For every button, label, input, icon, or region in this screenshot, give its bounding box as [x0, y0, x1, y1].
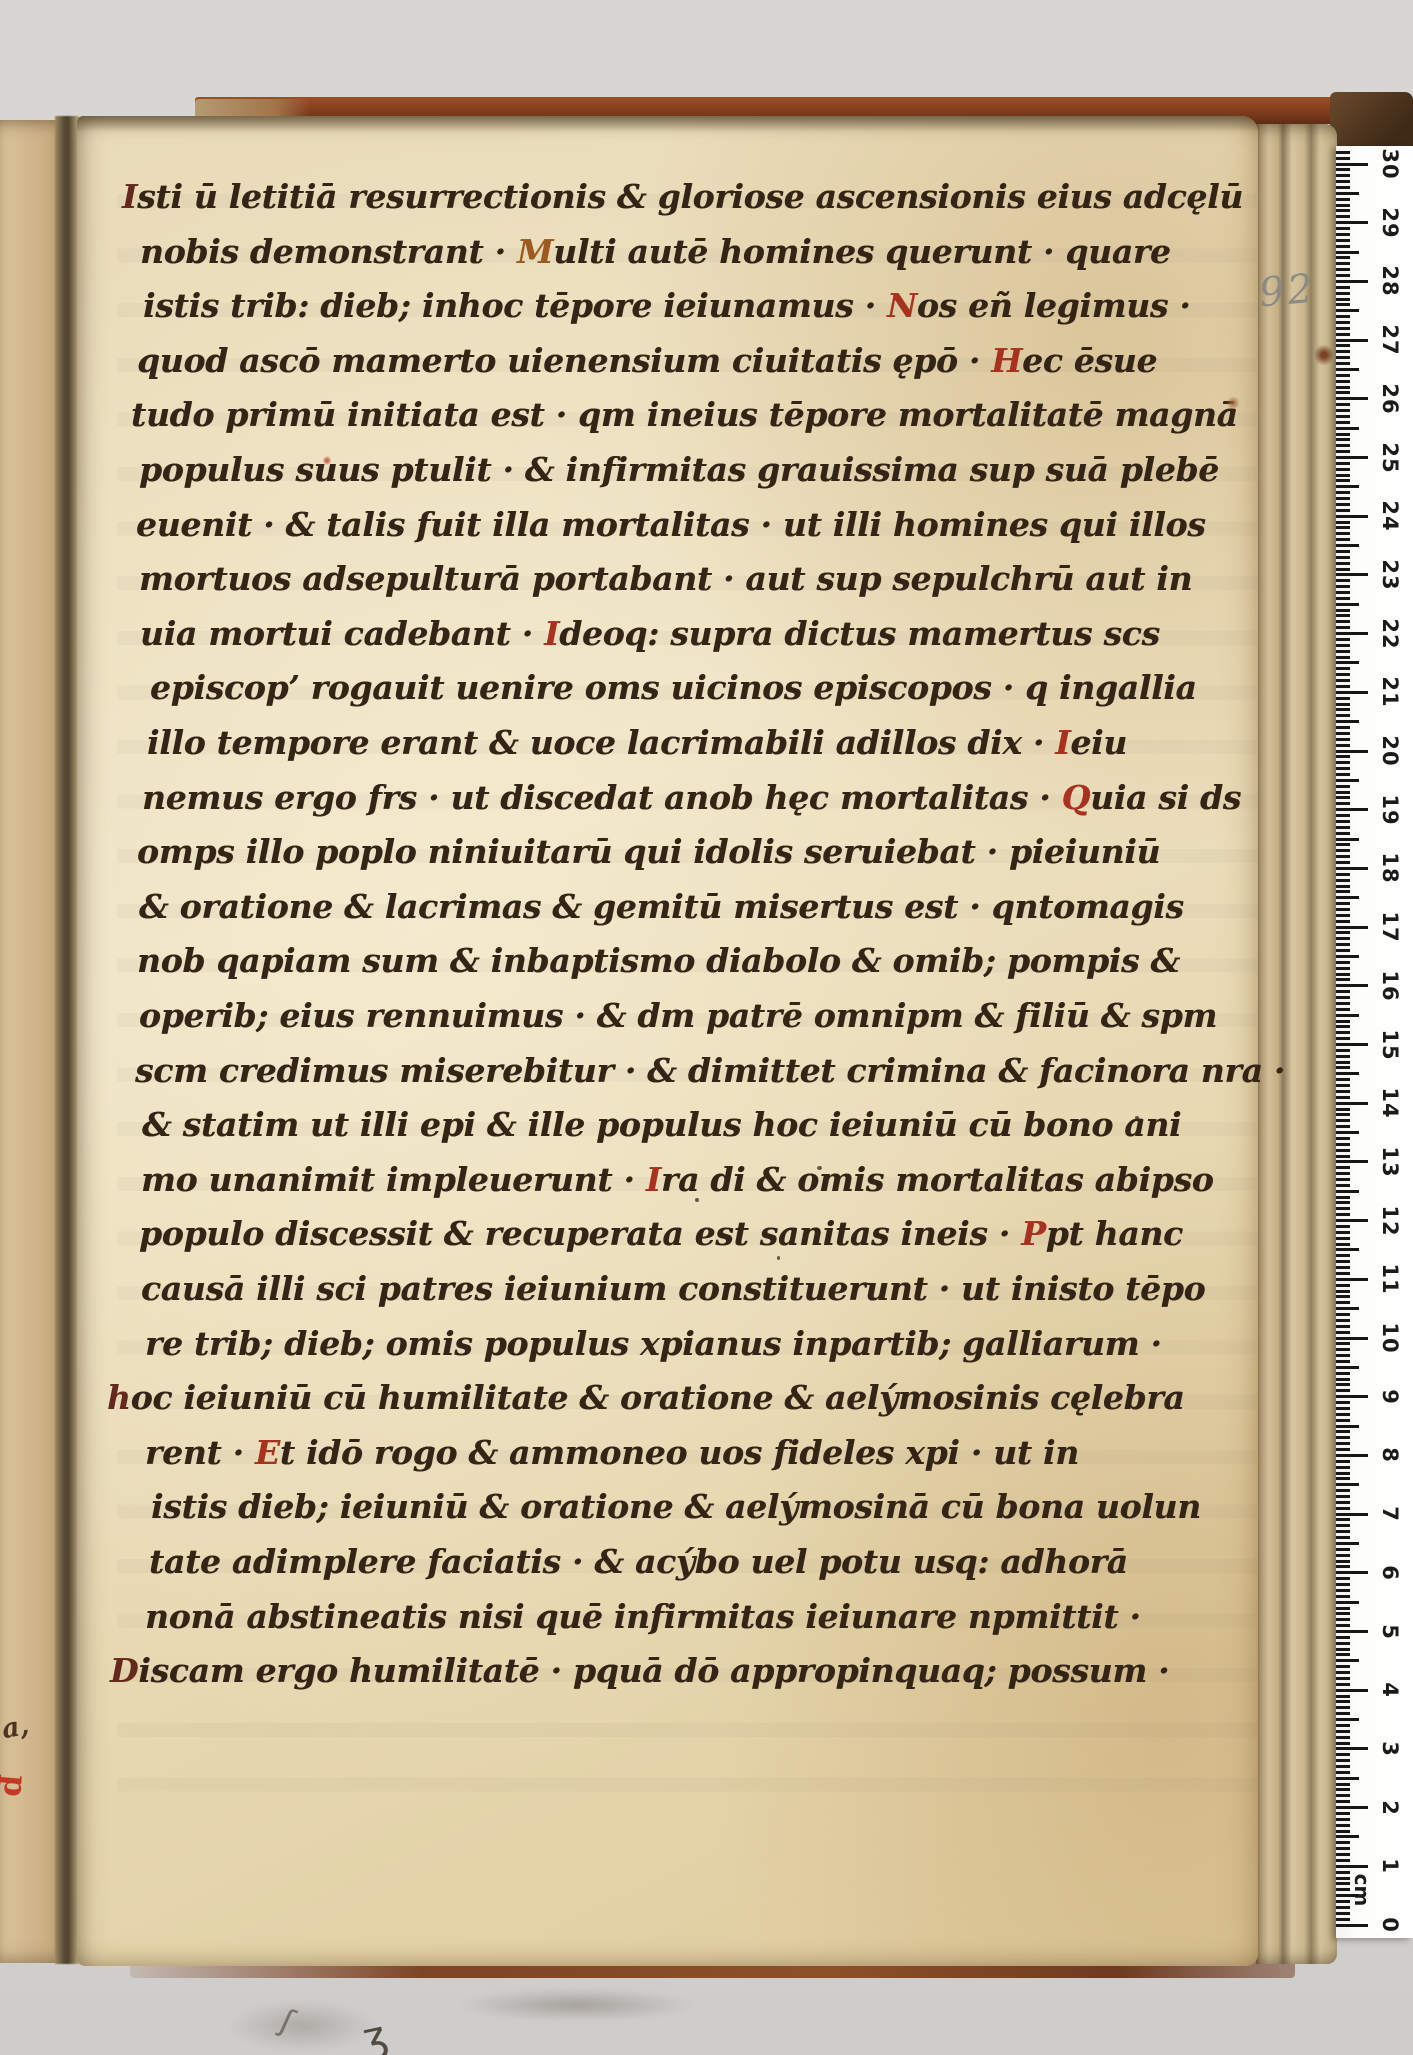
- ruler-tick: [1336, 292, 1350, 295]
- text-line: causā illi sci patres ieiunium constitue…: [141, 1262, 1205, 1316]
- ruler-tick: [1336, 1272, 1350, 1275]
- ink-speck: [729, 1229, 732, 1232]
- ruler-tick: [1336, 826, 1350, 829]
- ruler-tick: [1336, 192, 1359, 195]
- ink-speck: [1135, 1116, 1139, 1119]
- ruler-tick: [1336, 1618, 1350, 1621]
- text-line: tate adimplere faciatis · & acýbo uel po…: [149, 1535, 1128, 1589]
- ruler: cm 0123456789101112131415161718192021222…: [1336, 146, 1413, 1938]
- ruler-tick: [1336, 738, 1350, 741]
- ruler-number: 26: [1378, 379, 1402, 419]
- ruler-tick: [1336, 1260, 1350, 1263]
- ruler-tick: [1336, 1460, 1350, 1463]
- ruler-tick: [1336, 1466, 1350, 1469]
- ruler-tick: [1336, 532, 1350, 535]
- ruler-tick: [1336, 1806, 1368, 1809]
- ruler-tick: [1336, 1037, 1350, 1040]
- ruler-tick: [1336, 1507, 1350, 1510]
- ruler-tick: [1336, 849, 1350, 852]
- ruler-tick: [1336, 1530, 1350, 1533]
- ruler-tick: [1336, 1166, 1350, 1169]
- line-text: tate adimplere faciatis · & acýbo uel po…: [149, 1542, 1128, 1581]
- ruler-tick: [1336, 1777, 1359, 1780]
- ruler-tick: [1336, 1765, 1350, 1768]
- ruler-tick: [1336, 732, 1350, 735]
- ruler-tick: [1336, 1683, 1350, 1686]
- ruler-tick: [1336, 1513, 1368, 1516]
- ruler-tick: [1336, 1049, 1350, 1052]
- ruler-tick: [1336, 1002, 1350, 1005]
- ruler-tick: [1336, 1055, 1350, 1058]
- ruler-tick: [1336, 1190, 1359, 1193]
- ruler-tick: [1336, 873, 1350, 876]
- ruler-tick: [1336, 808, 1368, 811]
- ruler-tick: [1336, 344, 1350, 347]
- ruler-number: 0: [1378, 1905, 1402, 1945]
- line-text: mortuos adsepulturā portabant · aut sup …: [139, 559, 1192, 598]
- ruler-tick: [1336, 350, 1350, 353]
- text-line: euenit · & talis fuit illa mortalitas · …: [136, 498, 1206, 552]
- line-text: uia mortui cadebant ·: [140, 614, 544, 653]
- ruler-tick: [1336, 750, 1368, 753]
- ruler-tick: [1336, 1524, 1350, 1527]
- text-line: episcop’ rogauit uenire oms uicinos epis…: [150, 661, 1197, 715]
- ruler-tick: [1336, 1536, 1350, 1539]
- ruler-tick: [1336, 961, 1350, 964]
- ruler-tick: [1336, 1219, 1368, 1222]
- ruler-tick: [1336, 1131, 1359, 1134]
- ruler-tick: [1336, 163, 1368, 166]
- ruler-tick: [1336, 298, 1350, 301]
- ruler-tick: [1336, 268, 1350, 271]
- ruler-number: 4: [1378, 1670, 1402, 1710]
- ruler-tick: [1336, 1659, 1359, 1662]
- ruler-tick: [1336, 902, 1350, 905]
- ruler-tick: [1336, 1143, 1350, 1146]
- ruler-tick: [1336, 720, 1359, 723]
- ruler-tick: [1336, 1025, 1350, 1028]
- ruler-tick: [1336, 1918, 1350, 1921]
- ruler-tick: [1336, 591, 1350, 594]
- ruler-tick: [1336, 1712, 1350, 1715]
- ruler-tick: [1336, 1366, 1359, 1369]
- text-line: populus suus ptulit · & infirmitas graui…: [139, 443, 1219, 497]
- ruler-tick: [1336, 1835, 1359, 1838]
- ruler-tick: [1336, 1554, 1350, 1557]
- text-line: nobis demonstrant · Multi autē homines q…: [140, 225, 1171, 279]
- ruler-tick: [1336, 1583, 1350, 1586]
- ruler-tick: [1336, 1788, 1350, 1791]
- photo-backdrop: a, p Isti ū letitiā resurrectionis & glo…: [0, 0, 1413, 2055]
- ruler-tick: [1336, 1871, 1350, 1874]
- ruler-tick: [1336, 879, 1350, 882]
- ruler-tick: [1336, 1624, 1350, 1627]
- ruler-tick: [1336, 773, 1350, 776]
- ruler-tick: [1336, 1160, 1368, 1163]
- ruler-tick: [1336, 1612, 1350, 1615]
- ruler-tick: [1336, 1102, 1368, 1105]
- ruler-tick: [1336, 1360, 1350, 1363]
- ruler-tick: [1336, 1736, 1350, 1739]
- ruler-tick: [1336, 168, 1350, 171]
- ruler-tick: [1336, 1213, 1350, 1216]
- ruler-tick: [1336, 1730, 1350, 1733]
- ruler-tick: [1336, 843, 1350, 846]
- ruler-tick: [1336, 180, 1350, 183]
- ruler-tick: [1336, 1571, 1368, 1574]
- ruler-tick: [1336, 744, 1350, 747]
- ruler-tick: [1336, 908, 1350, 911]
- text-line: istis trib: dieb; inhoc tēpore ieiunamus…: [143, 279, 1191, 333]
- ruler-tick: [1336, 1718, 1359, 1721]
- ruler-tick: [1336, 1630, 1368, 1633]
- ruler-tick: [1336, 726, 1350, 729]
- ruler-tick: [1336, 204, 1350, 207]
- ruler-tick: [1336, 1894, 1359, 1897]
- ruler-tick: [1336, 1448, 1350, 1451]
- rubric-initial: D: [110, 1651, 138, 1690]
- ruler-tick: [1336, 973, 1350, 976]
- ruler-tick: [1336, 755, 1350, 758]
- text-line: mo unanimit impleuerunt · Ira di & omis …: [141, 1153, 1214, 1207]
- ruler-tick: [1336, 286, 1350, 289]
- ruler-tick: [1336, 556, 1350, 559]
- ruler-tick: [1336, 1313, 1350, 1316]
- ruler-tick: [1336, 984, 1368, 987]
- ruler-tick: [1336, 926, 1368, 929]
- ruler-tick: [1336, 198, 1350, 201]
- ruler-tick: [1336, 967, 1350, 970]
- ruler-tick: [1336, 380, 1350, 383]
- ruler-tick: [1336, 515, 1368, 518]
- ruler-tick: [1336, 1061, 1350, 1064]
- ruler-tick: [1336, 1436, 1350, 1439]
- ruler-tick: [1336, 796, 1350, 799]
- ruler-tick: [1336, 632, 1368, 635]
- ruler-tick: [1336, 838, 1359, 841]
- ruler-tick: [1336, 1419, 1350, 1422]
- ruler-tick: [1336, 1783, 1350, 1786]
- ruler-tick: [1336, 1090, 1350, 1093]
- ruler-tick: [1336, 503, 1350, 506]
- line-text: sti ū letitiā resurrectionis & gloriose …: [137, 177, 1243, 216]
- ruler-number: 13: [1378, 1142, 1402, 1182]
- ruler-tick: [1336, 1078, 1350, 1081]
- ruler-tick: [1336, 1430, 1350, 1433]
- ruler-tick: [1336, 1700, 1350, 1703]
- ruler-tick: [1336, 685, 1350, 688]
- ruler-tick: [1336, 1882, 1350, 1885]
- ruler-tick: [1336, 1665, 1350, 1668]
- ruler-tick: [1336, 1771, 1350, 1774]
- ruler-tick: [1336, 1753, 1350, 1756]
- ruler-tick: [1336, 644, 1350, 647]
- ruler-tick: [1336, 491, 1350, 494]
- ruler-number: 6: [1378, 1553, 1402, 1593]
- ruler-tick: [1336, 1841, 1350, 1844]
- ruler-tick: [1336, 1231, 1350, 1234]
- ruler-tick: [1336, 614, 1350, 617]
- ruler-number: 17: [1378, 907, 1402, 947]
- ruler-tick: [1336, 233, 1350, 236]
- ruler-tick: [1336, 1031, 1350, 1034]
- ink-speck: [817, 1166, 822, 1170]
- ruler-tick: [1336, 1008, 1350, 1011]
- ruler-tick: [1336, 1425, 1359, 1428]
- ruler-tick: [1336, 1560, 1350, 1563]
- text-line: rent · Et idō rogo & ammoneo uos fideles…: [145, 1426, 1079, 1480]
- rubric-initial: I: [122, 177, 137, 216]
- ruler-tick: [1336, 996, 1350, 999]
- ruler-number: 15: [1378, 1025, 1402, 1065]
- text-line: nonā abstineatis nisi quē infirmitas iei…: [145, 1590, 1141, 1644]
- ruler-tick: [1336, 1248, 1359, 1251]
- ruler-tick: [1336, 444, 1350, 447]
- ruler-tick: [1336, 1495, 1350, 1498]
- ruler-tick: [1336, 656, 1350, 659]
- ruler-tick: [1336, 1096, 1350, 1099]
- ruler-number: 22: [1378, 614, 1402, 654]
- ruler-tick: [1336, 1706, 1350, 1709]
- ruler-tick: [1336, 855, 1350, 858]
- ruler-tick: [1336, 1266, 1350, 1269]
- ruler-tick: [1336, 309, 1359, 312]
- ruler-tick: [1336, 1565, 1350, 1568]
- ruler-tick: [1336, 890, 1350, 893]
- line-text: uia si ds: [1090, 778, 1241, 817]
- ink-speck: [695, 1198, 699, 1202]
- ruler-tick: [1336, 1677, 1350, 1680]
- stain: [323, 456, 331, 465]
- ruler-tick: [1336, 1542, 1359, 1545]
- rubric-initial: M: [517, 232, 553, 271]
- ruler-tick: [1336, 251, 1359, 254]
- ruler-tick: [1336, 708, 1350, 711]
- line-text: nonā abstineatis nisi quē infirmitas iei…: [145, 1597, 1141, 1636]
- rubric-initial: h: [107, 1378, 131, 1417]
- ruler-tick: [1336, 174, 1350, 177]
- ruler-tick: [1336, 1389, 1350, 1392]
- ruler-number: 3: [1378, 1729, 1402, 1769]
- ruler-tick: [1336, 1119, 1350, 1122]
- ruler-tick: [1336, 1607, 1350, 1610]
- ruler-tick: [1336, 703, 1350, 706]
- ruler-tick: [1336, 1454, 1368, 1457]
- ruler-tick: [1336, 391, 1350, 394]
- ruler-tick: [1336, 521, 1350, 524]
- ruler-tick: [1336, 356, 1350, 359]
- ruler-tick: [1336, 421, 1350, 424]
- ruler-number: 16: [1378, 966, 1402, 1006]
- ruler-tick: [1336, 767, 1350, 770]
- ruler-number: 9: [1378, 1377, 1402, 1417]
- ruler-tick: [1336, 245, 1350, 248]
- ruler-tick: [1336, 620, 1350, 623]
- ruler-tick: [1336, 638, 1350, 641]
- line-text: t idō rogo & ammoneo uos fideles xpi · u…: [280, 1433, 1079, 1472]
- ruler-tick: [1336, 333, 1350, 336]
- ruler-tick: [1336, 1243, 1350, 1246]
- ruler-tick: [1336, 691, 1368, 694]
- ruler-tick: [1336, 1489, 1350, 1492]
- ruler-tick: [1336, 438, 1350, 441]
- line-text: deoq: supra dictus mamertus scs: [559, 614, 1160, 653]
- stain: [1315, 344, 1333, 366]
- line-text: operib; eius rennuimus · & dm patrē omni…: [139, 996, 1217, 1035]
- ruler-number: 28: [1378, 261, 1402, 301]
- text-line: Discam ergo humilitatē · pquā dō appropi…: [110, 1644, 1169, 1698]
- line-text: pt hanc: [1046, 1214, 1183, 1253]
- text-line: mortuos adsepulturā portabant · aut sup …: [139, 552, 1192, 606]
- ruler-tick: [1336, 1331, 1350, 1334]
- ruler-tick: [1336, 1653, 1350, 1656]
- text-line: populo discessit & recuperata est sanita…: [139, 1207, 1183, 1261]
- ruler-tick: [1336, 1284, 1350, 1287]
- ruler-tick: [1336, 1924, 1368, 1927]
- line-text: nemus ergo frs · ut discedat anob hęc mo…: [142, 778, 1062, 817]
- ruler-tick: [1336, 1900, 1350, 1903]
- line-text: quod ascō mamerto uienensium ciuitatis ę…: [137, 341, 991, 380]
- text-line: uia mortui cadebant · Ideoq: supra dictu…: [140, 607, 1160, 661]
- ruler-tick: [1336, 485, 1359, 488]
- line-text: os eñ legimus ·: [917, 286, 1191, 325]
- ruler-number: 19: [1378, 790, 1402, 830]
- ruler-tick: [1336, 955, 1359, 958]
- ruler-tick: [1336, 1020, 1350, 1023]
- ruler-tick: [1336, 1589, 1350, 1592]
- ruler-tick: [1336, 1337, 1368, 1340]
- ruler-tick: [1336, 1225, 1350, 1228]
- ruler-tick: [1336, 1577, 1350, 1580]
- ruler-tick: [1336, 1747, 1368, 1750]
- ruler-tick: [1336, 1307, 1359, 1310]
- line-text: istis dieb; ieiuniū & oratione & aelýmos…: [151, 1487, 1201, 1526]
- text-line: hoc ieiuniū cū humilitate & oratione & a…: [107, 1371, 1185, 1425]
- rubric-initial: I: [1055, 723, 1070, 762]
- ruler-tick: [1336, 1383, 1350, 1386]
- ruler-tick: [1336, 791, 1350, 794]
- ruler-number: 24: [1378, 496, 1402, 536]
- ruler-number: 23: [1378, 555, 1402, 595]
- ruler-tick: [1336, 1642, 1350, 1645]
- line-text: causā illi sci patres ieiunium constitue…: [141, 1269, 1205, 1308]
- line-text: nobis demonstrant ·: [140, 232, 517, 271]
- ruler-tick: [1336, 1354, 1350, 1357]
- ruler-tick: [1336, 597, 1350, 600]
- gutter-crease: [55, 116, 79, 1964]
- ruler-tick: [1336, 1824, 1350, 1827]
- ruler-tick: [1336, 573, 1368, 576]
- ruler-tick: [1336, 1689, 1368, 1692]
- ruler-tick: [1336, 397, 1368, 400]
- ruler-tick: [1336, 1671, 1350, 1674]
- ruler-tick: [1336, 509, 1350, 512]
- ruler-number: 12: [1378, 1201, 1402, 1241]
- ruler-tick: [1336, 1413, 1350, 1416]
- ruler-tick: [1336, 667, 1350, 670]
- rubric-initial: I: [646, 1160, 661, 1199]
- ruler-tick: [1336, 1125, 1350, 1128]
- ruler-tick: [1336, 157, 1350, 160]
- line-text: rent ·: [145, 1433, 255, 1472]
- text-line: & oratione & lacrimas & gemitū misertus …: [139, 880, 1184, 934]
- ruler-tick: [1336, 239, 1350, 242]
- ruler-tick: [1336, 609, 1350, 612]
- line-text: iscam ergo humilitatē · pquā dō appropin…: [138, 1651, 1169, 1690]
- ruler-tick: [1336, 1184, 1350, 1187]
- ruler-tick: [1336, 1759, 1350, 1762]
- rubric-initial: P: [1021, 1214, 1046, 1253]
- rubric-initial: Q: [1062, 778, 1090, 817]
- ruler-tick: [1336, 403, 1350, 406]
- ruler-number: 29: [1378, 203, 1402, 243]
- ruler-tick: [1336, 885, 1350, 888]
- ruler-tick: [1336, 779, 1359, 782]
- ruler-tick: [1336, 1172, 1350, 1175]
- ruler-tick: [1336, 1149, 1350, 1152]
- ruler-tick: [1336, 1859, 1350, 1862]
- text-line: & statim ut illi epi & ille populus hoc …: [142, 1098, 1181, 1152]
- ruler-tick: [1336, 978, 1350, 981]
- ruler-tick: [1336, 1342, 1350, 1345]
- previous-page-edge: a, p: [0, 120, 58, 1963]
- ruler-tick: [1336, 544, 1359, 547]
- ink-speck: [777, 1256, 780, 1260]
- ruler-tick: [1336, 1800, 1350, 1803]
- bottom-margin-smudge: [227, 2000, 377, 2052]
- bottom-doodle: ʒ: [358, 2010, 392, 2055]
- line-text: & oratione & lacrimas & gemitū misertus …: [139, 887, 1184, 926]
- text-line: re trib; dieb; omis populus xpianus inpa…: [145, 1317, 1162, 1371]
- ruler-tick: [1336, 1818, 1350, 1821]
- ruler-number: 25: [1378, 438, 1402, 478]
- ruler-tick: [1336, 761, 1350, 764]
- ruler-tick: [1336, 1877, 1350, 1880]
- ruler-tick: [1336, 650, 1350, 653]
- ruler-tick: [1336, 209, 1350, 212]
- ruler-tick: [1336, 1724, 1350, 1727]
- ruler-tick: [1336, 1072, 1359, 1075]
- ruler-tick: [1336, 867, 1368, 870]
- ruler-number: 14: [1378, 1083, 1402, 1123]
- ruler-tick: [1336, 321, 1350, 324]
- ruler-tick: [1336, 1113, 1350, 1116]
- ruler-tick: [1336, 303, 1350, 306]
- ruler-tick: [1336, 603, 1359, 606]
- line-text: illo tempore erant & uoce lacrimabili ad…: [147, 723, 1055, 762]
- line-text: re trib; dieb; omis populus xpianus inpa…: [145, 1324, 1162, 1363]
- text-line: istis dieb; ieiuniū & oratione & aelýmos…: [151, 1480, 1201, 1534]
- ruler-tick: [1336, 550, 1350, 553]
- line-text: euenit · & talis fuit illa mortalitas · …: [136, 505, 1206, 544]
- text-line: nemus ergo frs · ut discedat anob hęc mo…: [142, 771, 1241, 825]
- ruler-tick: [1336, 914, 1350, 917]
- ruler-tick: [1336, 1178, 1350, 1181]
- text-block: Isti ū letitiā resurrectionis & gloriose…: [77, 116, 1258, 1966]
- ruler-tick: [1336, 450, 1350, 453]
- ruler-tick: [1336, 802, 1350, 805]
- ruler-tick: [1336, 820, 1350, 823]
- ruler-tick: [1336, 1084, 1350, 1087]
- line-text: omps illo poplo niniuitarū qui idolis se…: [137, 832, 1160, 871]
- text-line: tudo primū initiata est · qm ineius tēpo…: [131, 388, 1238, 442]
- ruler-tick: [1336, 568, 1350, 571]
- ruler-tick: [1336, 1595, 1350, 1598]
- ruler-tick: [1336, 579, 1350, 582]
- ruler-tick: [1336, 1401, 1350, 1404]
- ruler-tick: [1336, 1442, 1350, 1445]
- margin-letter: a,: [0, 1710, 31, 1745]
